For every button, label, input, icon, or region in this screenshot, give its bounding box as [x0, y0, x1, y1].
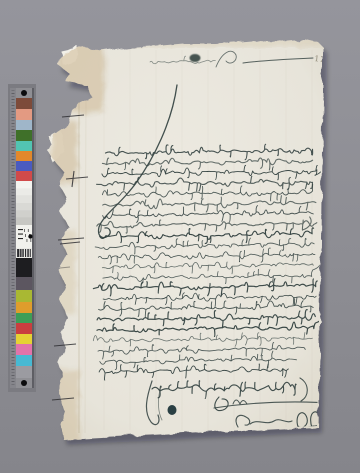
microtext-tick: [12, 147, 15, 148]
microtext-tick: [12, 366, 15, 367]
microtext-tick: [12, 192, 15, 193]
microtext-tick: [12, 132, 15, 133]
microtext-tick: [12, 381, 15, 382]
microtext-tick: [12, 219, 15, 220]
microtext-tick: [12, 342, 15, 343]
ramp-step: [16, 210, 32, 218]
microtext-tick: [12, 276, 15, 277]
barcode-bar: [20, 249, 21, 257]
strip-patch: [16, 277, 32, 290]
microtext-tick: [12, 207, 15, 208]
microtext-tick: [12, 363, 15, 364]
barcode-bar: [23, 249, 24, 257]
microtext-tick: [12, 288, 15, 289]
strip-patch: [16, 130, 32, 141]
microtext-tick: [12, 180, 15, 181]
microtext-tick: [12, 375, 15, 376]
microtext-tick: [12, 279, 15, 280]
registration-dot: [21, 90, 27, 96]
microtext-tick: [12, 213, 15, 214]
registration-dot: [28, 234, 32, 238]
ramp-step: [16, 203, 32, 211]
microtext-tick: [12, 282, 15, 283]
microtext-tick: [12, 228, 15, 229]
ramp-step: [16, 188, 32, 196]
microtext-tick: [12, 240, 15, 241]
barcode-bar: [22, 249, 23, 257]
barcode-bar: [17, 249, 18, 257]
microtext-tick: [12, 249, 15, 250]
microtext-tick: [12, 150, 15, 151]
strip-patch: [16, 290, 32, 302]
microtext-tick: [12, 285, 15, 286]
microtext-tick: [12, 321, 15, 322]
resolution-mark: [27, 239, 28, 242]
microtext-tick: [12, 384, 15, 385]
barcode-bar: [25, 249, 26, 257]
microtext-tick: [12, 261, 15, 262]
strip-patch: [16, 120, 32, 130]
microtext-tick: [12, 369, 15, 370]
microtext-tick: [12, 300, 15, 301]
strip-patch: [16, 98, 32, 109]
ink-blot: [168, 405, 177, 415]
label-mark: [18, 238, 23, 239]
microtext-tick: [12, 141, 15, 142]
microtext-tick: [12, 360, 15, 361]
microtext-tick: [12, 204, 15, 205]
strip-patches: [16, 88, 33, 388]
microtext-tick: [12, 246, 15, 247]
microtext-tick: [12, 96, 15, 97]
microtext-tick: [12, 99, 15, 100]
strip-right-rule: [32, 88, 33, 388]
color-calibration-strip: [8, 84, 36, 392]
manuscript-paper: [46, 37, 322, 440]
label-mark: [18, 234, 23, 235]
microtext-tick: [12, 267, 15, 268]
microtext-tick: [12, 195, 15, 196]
strip-patch: [16, 344, 32, 355]
strip-patch: [16, 323, 32, 334]
microtext-tick: [12, 357, 15, 358]
microtext-tick: [12, 120, 15, 121]
registration-dot: [21, 380, 27, 386]
microtext-tick: [12, 138, 15, 139]
microtext-tick: [12, 90, 15, 91]
resolution-mark: [25, 234, 26, 237]
microtext-tick: [12, 333, 15, 334]
strip-patch: [16, 313, 32, 323]
photo-stage: 125: [0, 0, 360, 473]
microtext-tick: [12, 315, 15, 316]
strip-patch: [16, 151, 32, 161]
microtext-tick: [12, 162, 15, 163]
microtext-tick: [12, 237, 15, 238]
microtext-tick: [12, 258, 15, 259]
microtext-tick: [12, 126, 15, 127]
microtext-tick: [12, 345, 15, 346]
microtext-tick: [12, 234, 15, 235]
strip-patch: [16, 109, 32, 120]
microtext-tick: [12, 159, 15, 160]
microtext-tick: [12, 135, 15, 136]
microtext-tick: [12, 186, 15, 187]
microtext-tick: [12, 306, 15, 307]
microtext-tick: [12, 372, 15, 373]
manuscript-photo: 125: [0, 0, 360, 473]
microtext-tick: [12, 231, 15, 232]
strip-patch: [16, 141, 32, 151]
strip-patch: [16, 366, 32, 378]
strip-patch: [16, 161, 32, 171]
microtext-tick: [12, 297, 15, 298]
microtext-tick: [12, 111, 15, 112]
microtext-tick: [12, 327, 15, 328]
microtext-tick: [12, 156, 15, 157]
microtext-tick: [12, 291, 15, 292]
microtext-tick: [12, 93, 15, 94]
microtext-tick: [12, 222, 15, 223]
microtext-tick: [12, 189, 15, 190]
strip-patch: [16, 334, 32, 344]
resolution-mark: [24, 229, 25, 232]
microtext-tick: [12, 348, 15, 349]
microtext-tick: [12, 243, 15, 244]
strip-patch: [16, 355, 32, 366]
strip-patch: [16, 302, 32, 313]
microtext-tick: [12, 264, 15, 265]
resolution-mark: [31, 239, 32, 242]
microtext-tick: [12, 309, 15, 310]
microtext-tick: [12, 153, 15, 154]
microtext-tick: [12, 201, 15, 202]
microtext-tick: [12, 114, 15, 115]
microtext-tick: [12, 351, 15, 352]
top-ink-smudge: [190, 54, 201, 62]
microtext-tick: [12, 312, 15, 313]
ramp-step: [16, 218, 32, 226]
microtext-tick: [12, 336, 15, 337]
strip-patch: [16, 171, 32, 181]
microtext-tick: [12, 129, 15, 130]
barcode-bar: [30, 249, 31, 257]
microtext-tick: [12, 198, 15, 199]
microtext-tick: [12, 378, 15, 379]
microtext-tick: [12, 108, 15, 109]
microtext-tick: [12, 177, 15, 178]
microtext-tick: [12, 165, 15, 166]
microtext-tick: [12, 324, 15, 325]
microtext-tick: [12, 174, 15, 175]
microtext-tick: [12, 318, 15, 319]
microtext-tick: [12, 270, 15, 271]
label-mark: [18, 229, 23, 230]
microtext-tick: [12, 144, 15, 145]
microtext-tick: [12, 294, 15, 295]
microtext-tick: [12, 252, 15, 253]
microtext-tick: [12, 225, 15, 226]
microtext-tick: [12, 273, 15, 274]
microtext-tick: [12, 183, 15, 184]
microtext-tick: [12, 210, 15, 211]
ramp-step: [16, 196, 32, 204]
microtext-tick: [12, 339, 15, 340]
microtext-tick: [12, 123, 15, 124]
microtext-tick: [12, 330, 15, 331]
microtext-tick: [12, 168, 15, 169]
strip-patch: [16, 258, 32, 277]
microtext-tick: [12, 102, 15, 103]
microtext-tick: [12, 171, 15, 172]
microtext-tick: [12, 117, 15, 118]
microtext-tick: [12, 216, 15, 217]
microtext-tick: [12, 255, 15, 256]
barcode-bar: [18, 249, 19, 257]
ramp-step: [16, 181, 32, 189]
microtext-tick: [12, 303, 15, 304]
resolution-mark: [28, 229, 29, 232]
barcode-bar: [27, 249, 28, 257]
microtext-tick: [12, 105, 15, 106]
microtext-tick: [12, 354, 15, 355]
